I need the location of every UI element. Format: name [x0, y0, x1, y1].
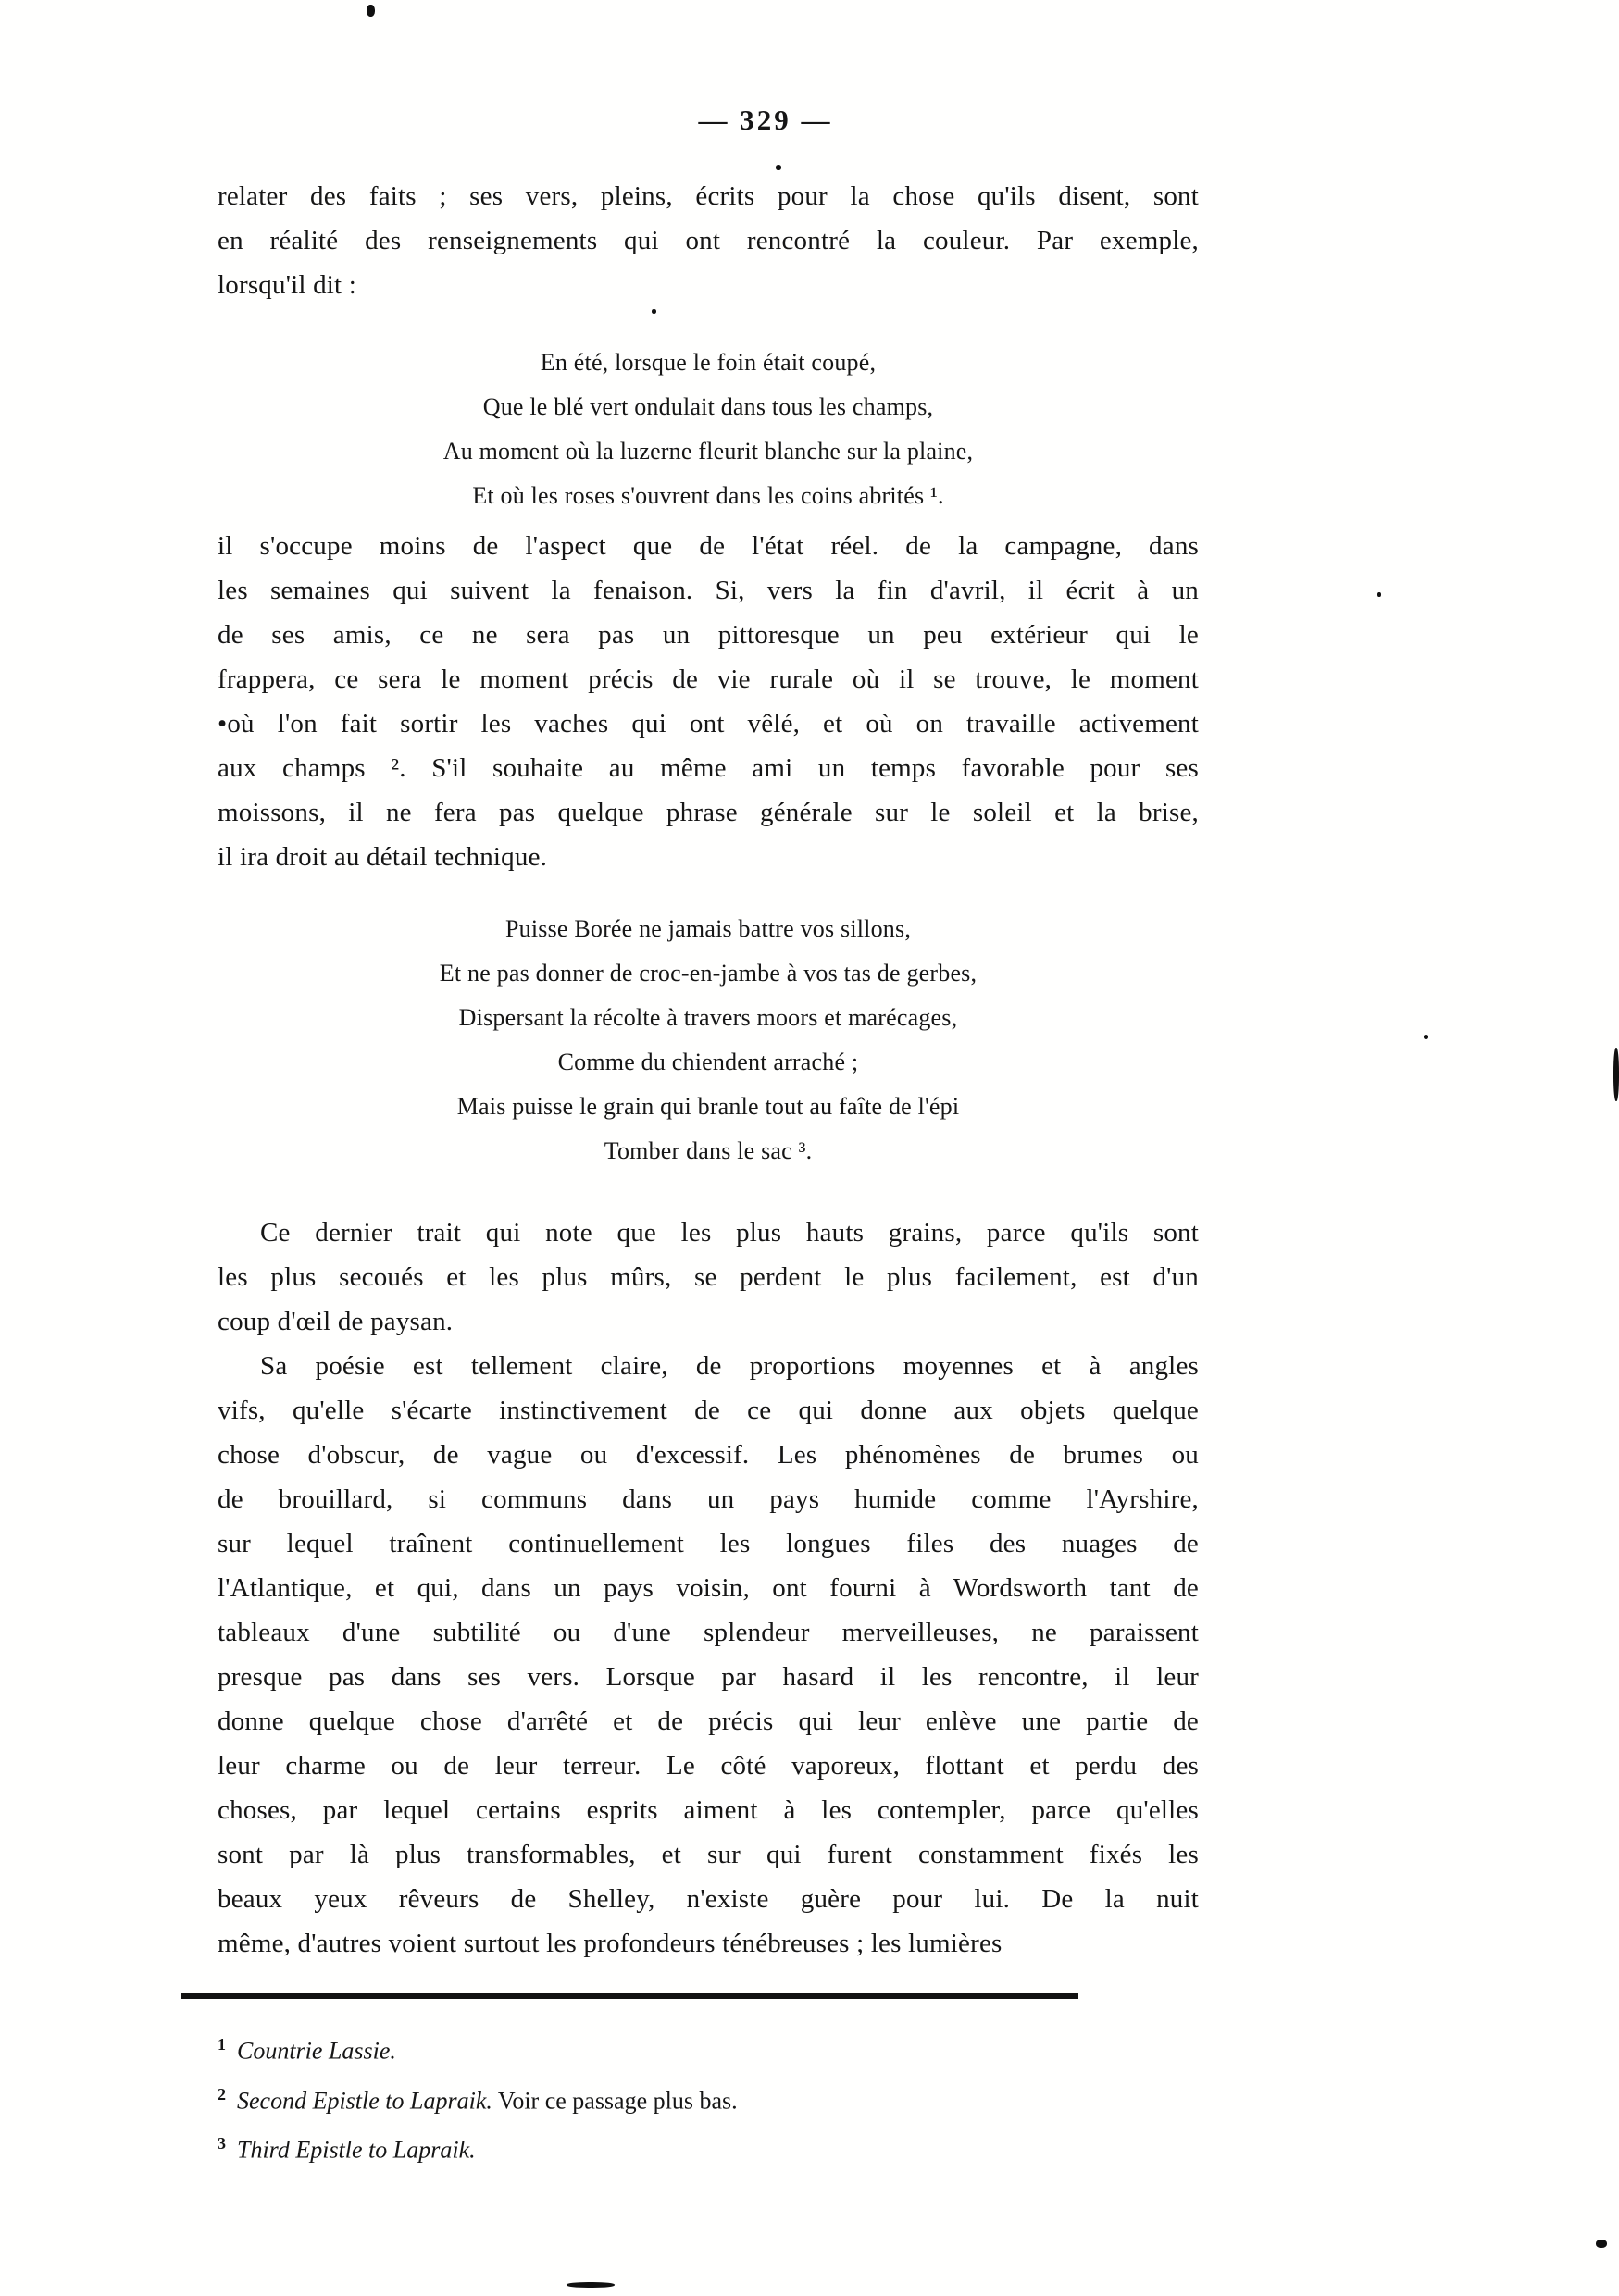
- verse-block: Puisse Borée ne jamais battre vos sillon…: [218, 907, 1199, 1173]
- text-line: Ce dernier trait qui note que les plus h…: [218, 1210, 1199, 1255]
- text-line: Dispersant la récolte à travers moors et…: [218, 996, 1199, 1040]
- text-line: •où l'on fait sortir les vaches qui ont …: [218, 701, 1199, 746]
- footnote-title: Countrie Lassie.: [237, 2038, 396, 2065]
- scan-speck: [652, 309, 656, 314]
- text-line: Que le blé vert ondulait dans tous les c…: [218, 385, 1199, 429]
- verse-block: En été, lorsque le foin était coupé,Que …: [218, 341, 1199, 518]
- scan-speck: [1613, 1048, 1619, 1101]
- footnote-marker: 2: [218, 2085, 226, 2104]
- text-line: Sa poésie est tellement claire, de propo…: [218, 1344, 1199, 1388]
- footnote-item: 2Second Epistle to Lapraik. Voir ce pass…: [218, 2073, 1199, 2123]
- paragraph-block: Sa poésie est tellement claire, de propo…: [218, 1344, 1199, 1966]
- text-line: coup d'œil de paysan.: [218, 1299, 1199, 1344]
- text-line: moissons, il ne fera pas quelque phrase …: [218, 790, 1199, 835]
- text-line: de brouillard, si communs dans un pays h…: [218, 1477, 1199, 1521]
- text-line: lorsqu'il dit :: [218, 263, 1199, 307]
- text-line: En été, lorsque le foin était coupé,: [218, 341, 1199, 385]
- text-line: aux champs ². S'il souhaite au même ami …: [218, 746, 1199, 790]
- footnote-text: Voir ce passage plus bas.: [492, 2087, 738, 2114]
- text-line: chose d'obscur, de vague ou d'excessif. …: [218, 1433, 1199, 1477]
- paragraph-block: relater des faits ; ses vers, pleins, éc…: [218, 174, 1199, 307]
- footnote-item: 3Third Epistle to Lapraik.: [218, 2122, 1199, 2172]
- footnote-marker: 3: [218, 2134, 226, 2153]
- text-line: relater des faits ; ses vers, pleins, éc…: [218, 174, 1199, 218]
- text-line: choses, par lequel certains esprits aime…: [218, 1788, 1199, 1832]
- text-line: sont par là plus transformables, et sur …: [218, 1832, 1199, 1877]
- scan-speck: [567, 2282, 615, 2288]
- footnote-rule: [181, 1993, 1078, 1999]
- footnotes: 1Countrie Lassie.2Second Epistle to Lapr…: [218, 2023, 1199, 2172]
- text-line: Et où les roses s'ouvrent dans les coins…: [218, 474, 1199, 518]
- footnote-item: 1Countrie Lassie.: [218, 2023, 1199, 2073]
- text-line: il s'occupe moins de l'aspect que de l'é…: [218, 524, 1199, 568]
- footnote-title: Third Epistle to Lapraik.: [237, 2137, 476, 2164]
- footnote-marker: 1: [218, 2035, 226, 2054]
- text-line: Tomber dans le sac ³.: [218, 1129, 1199, 1173]
- text-line: en réalité des renseignements qui ont re…: [218, 218, 1199, 263]
- text-line: beaux yeux rêveurs de Shelley, n'existe …: [218, 1877, 1199, 1921]
- scan-speck: [367, 5, 375, 17]
- text-line: il ira droit au détail technique.: [218, 835, 1199, 879]
- text-line: Mais puisse le grain qui branle tout au …: [218, 1085, 1199, 1129]
- text-line: vifs, qu'elle s'écarte instinctivement d…: [218, 1388, 1199, 1433]
- text-line: leur charme ou de leur terreur. Le côté …: [218, 1744, 1199, 1788]
- paragraph-block: il s'occupe moins de l'aspect que de l'é…: [218, 524, 1199, 879]
- text-line: donne quelque chose d'arrêté et de préci…: [218, 1699, 1199, 1744]
- text-line: Au moment où la luzerne fleurit blanche …: [218, 429, 1199, 474]
- text-line: l'Atlantique, et qui, dans un pays voisi…: [218, 1566, 1199, 1610]
- page-number: — 329 —: [275, 104, 1256, 137]
- scan-speck: [1424, 1035, 1428, 1039]
- scan-speck: [776, 165, 781, 170]
- book-page: — 329 — relater des faits ; ses vers, pl…: [0, 0, 1619, 2296]
- text-line: sur lequel traînent continuellement les …: [218, 1521, 1199, 1566]
- text-line: Comme du chiendent arraché ;: [218, 1040, 1199, 1085]
- text-line: Et ne pas donner de croc-en-jambe à vos …: [218, 951, 1199, 996]
- text-line: tableaux d'une subtilité ou d'une splend…: [218, 1610, 1199, 1655]
- text-line: frappera, ce sera le moment précis de vi…: [218, 657, 1199, 701]
- scan-speck: [1596, 2240, 1607, 2248]
- text-line: de ses amis, ce ne sera pas un pittoresq…: [218, 613, 1199, 657]
- text-blocks: relater des faits ; ses vers, pleins, éc…: [218, 174, 1199, 1966]
- text-line: presque pas dans ses vers. Lorsque par h…: [218, 1655, 1199, 1699]
- scan-speck: [1377, 592, 1381, 597]
- text-line: Puisse Borée ne jamais battre vos sillon…: [218, 907, 1199, 951]
- text-line: même, d'autres voient surtout les profon…: [218, 1921, 1199, 1966]
- paragraph-block: Ce dernier trait qui note que les plus h…: [218, 1210, 1199, 1344]
- text-line: les semaines qui suivent la fenaison. Si…: [218, 568, 1199, 613]
- text-line: les plus secoués et les plus mûrs, se pe…: [218, 1255, 1199, 1299]
- footnote-title: Second Epistle to Lapraik.: [237, 2087, 492, 2114]
- page-content: — 329 — relater des faits ; ses vers, pl…: [218, 0, 1199, 2172]
